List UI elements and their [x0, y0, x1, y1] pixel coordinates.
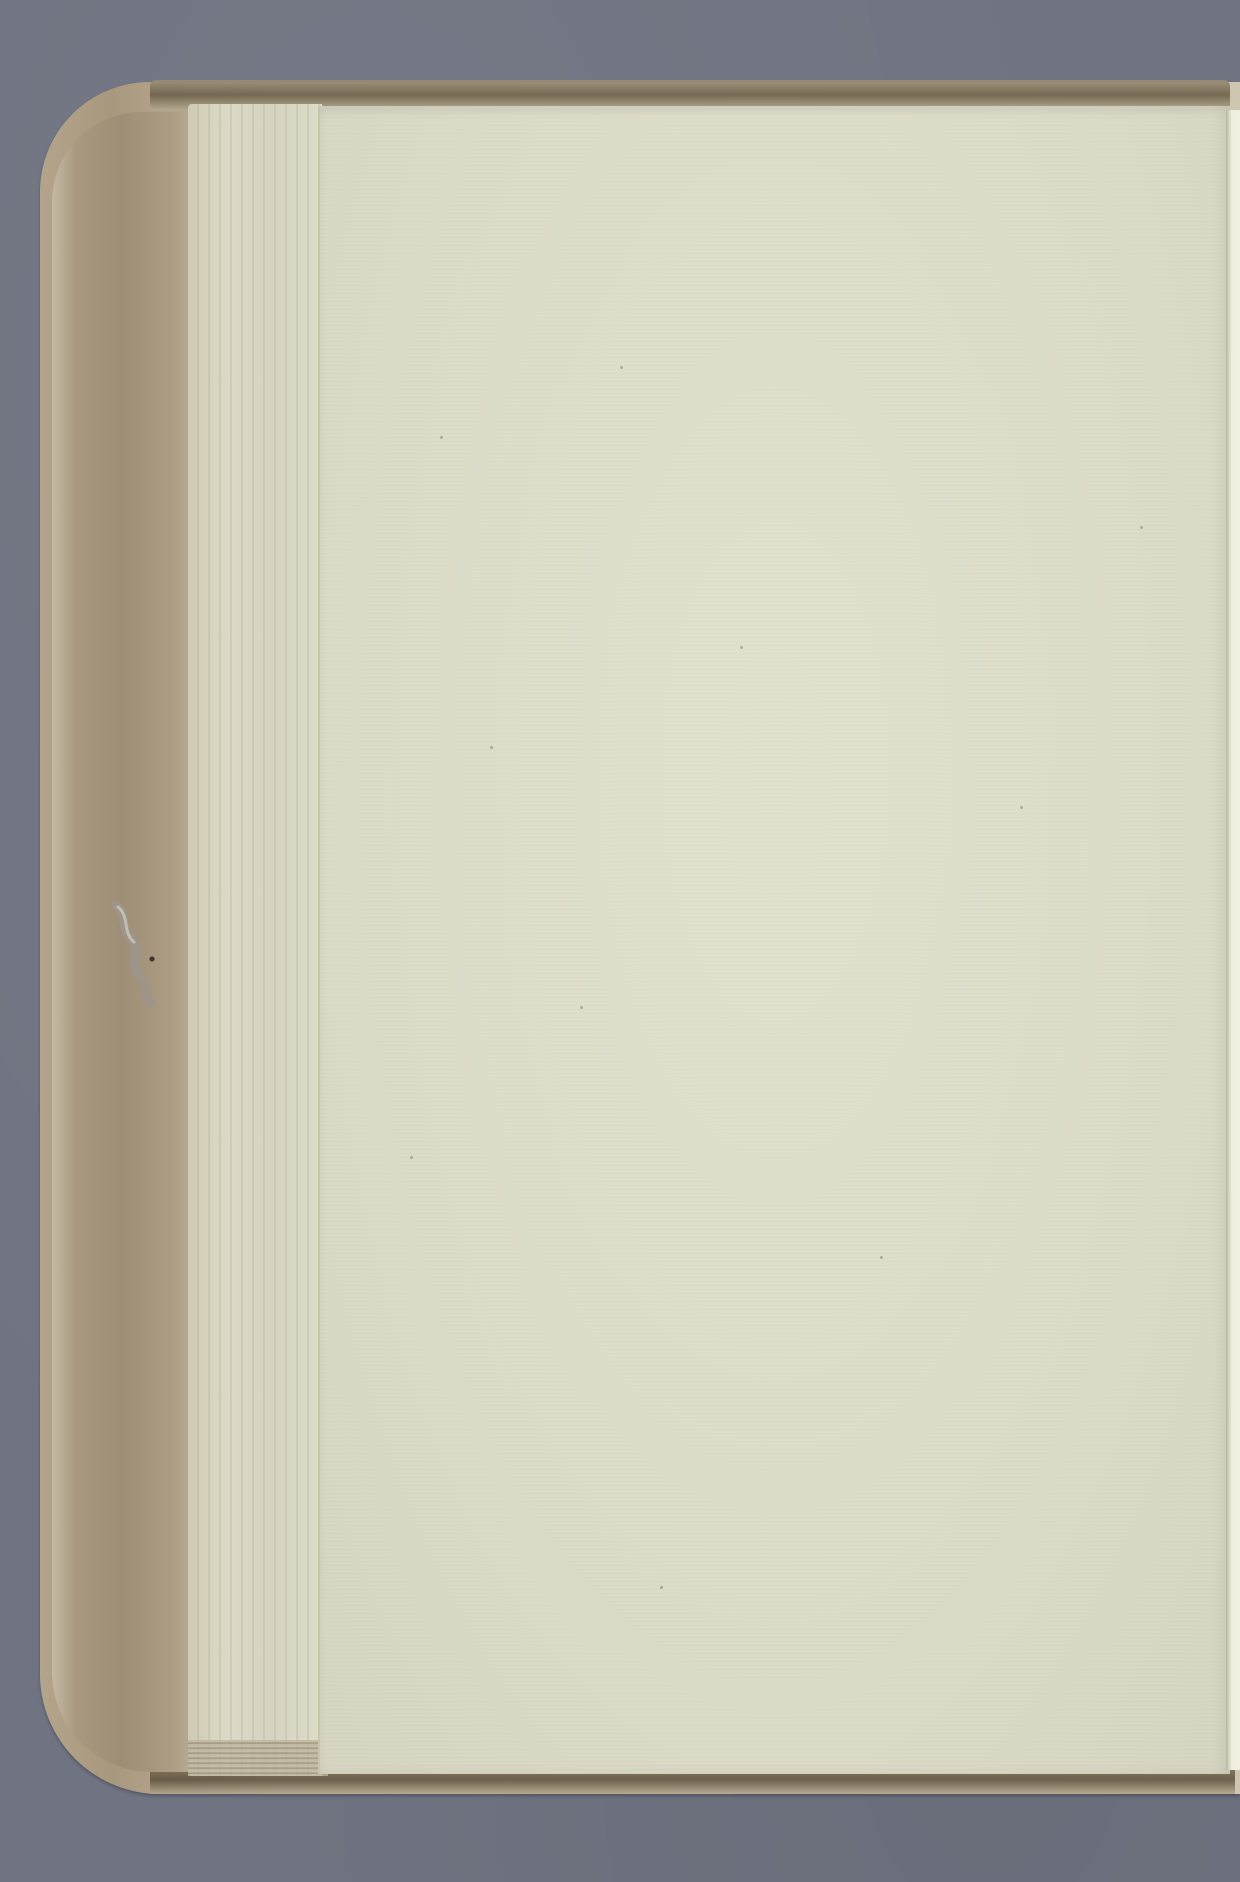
paper-speck	[660, 1586, 663, 1589]
paper-speck	[620, 366, 623, 369]
paper-speck	[740, 646, 743, 649]
paper-speck	[410, 1156, 413, 1159]
binding-tie-icon	[98, 895, 168, 1010]
facing-page-edge	[1226, 110, 1240, 1770]
paper-speck	[440, 436, 443, 439]
blank-page	[318, 106, 1230, 1774]
paper-speck	[1020, 806, 1023, 809]
page-edge-bottom	[188, 1740, 328, 1776]
paper-speck	[580, 1006, 583, 1009]
page-edge-stack	[188, 104, 322, 1776]
paper-speck	[1140, 526, 1143, 529]
paper-speck	[880, 1256, 883, 1259]
paper-speck	[490, 746, 493, 749]
page-content	[320, 106, 1230, 1774]
